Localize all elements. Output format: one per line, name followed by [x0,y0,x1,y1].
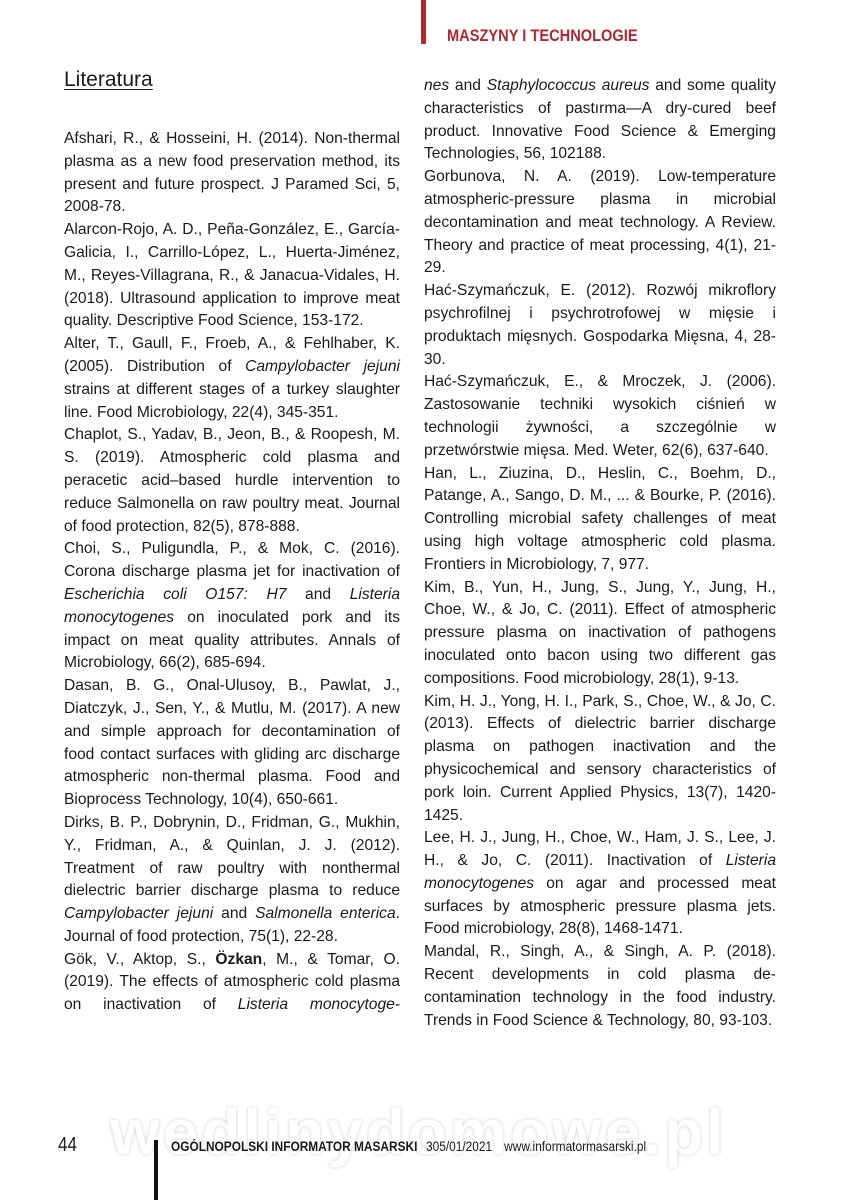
reference-item: Dirks, B. P., Dobrynin, D., Fridman, G.,… [64,812,400,949]
website-link[interactable]: www.informatormasarski.pl [504,1139,646,1154]
issue-number: 305/01/2021 [426,1139,492,1154]
reference-item: Kim, B., Yun, H., Jung, S., Jung, Y., Ju… [424,577,776,691]
reference-item: Chaplot, S., Yadav, B., Jeon, B., & Roop… [64,424,400,538]
reference-item: Gorbunova, N. A. (2019). Low-temperature… [424,166,776,280]
reference-item: Choi, S., Puligundla, P., & Mok, C. (201… [64,538,400,675]
reference-item-continued: nes and Staphylococcus aureus and some q… [424,75,776,166]
references-heading: Literatura [64,68,153,92]
reference-item: Hać-Szymańczuk, E., & Mroczek, J. (2006)… [424,371,776,462]
reference-item: Dasan, B. G., Onal-Ulusoy, B., Pawlat, J… [64,675,400,812]
reference-item: Mandal, R., Singh, A., & Singh, A. P. (2… [424,941,776,1032]
reference-item: Afshari, R., & Hosseini, H. (2014). Non-… [64,128,400,219]
section-label: MASZYNY I TECHNOLOGIE [447,26,638,46]
reference-item: Alter, T., Gaull, F., Froeb, A., & Fehlh… [64,333,400,424]
reference-item: Hać-Szymańczuk, E. (2012). Rozwój mikro­… [424,280,776,371]
reference-item: Kim, H. J., Yong, H. I., Park, S., Choe,… [424,691,776,828]
page-number: 44 [58,1134,77,1157]
reference-item: Alarcon-Rojo, A. D., Peña-González, E., … [64,219,400,333]
reference-item: Lee, H. J., Jung, H., Choe, W., Ham, J. … [424,827,776,941]
section-accent-bar [421,0,426,44]
footer: OGÓLNOPOLSKI INFORMATOR MASARSKI 305/01/… [171,1139,646,1154]
reference-item: Gök, V., Aktop, S., Özkan, M., & Tomar, … [64,949,400,1017]
footer-divider [154,1140,158,1200]
references-column-left: Afshari, R., & Hosseini, H. (2014). Non-… [64,128,400,1017]
publication-name: OGÓLNOPOLSKI INFORMATOR MASARSKI [171,1139,417,1154]
reference-item: Han, L., Ziuzina, D., Heslin, C., Boehm,… [424,463,776,577]
references-column-right: nes and Staphylococcus aureus and some q… [424,75,776,1032]
watermark: wedlinydomowe.pl [110,1095,727,1169]
